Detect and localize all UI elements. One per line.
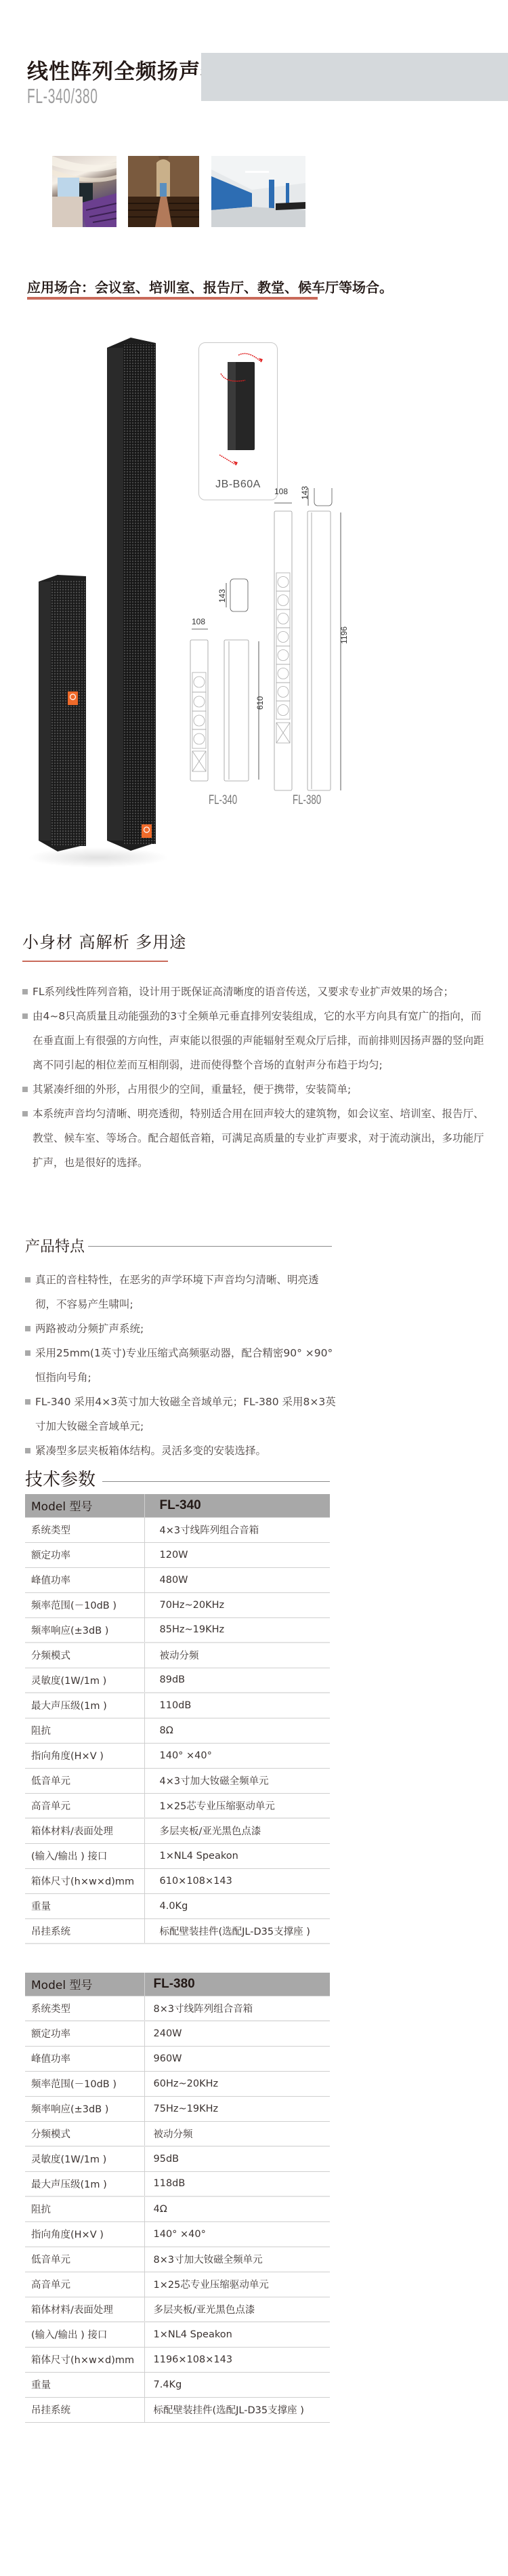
features-list: 真正的音柱特性，在恶劣的声学环境下声音均匀清晰、明亮透彻，不容易产生啸叫; 两路… [25,1268,337,1463]
header-decor-bar [201,53,508,101]
slogan-underline [22,961,168,962]
spec-label: (输入/输出 ) 接口 [25,2322,144,2347]
table-row: 最大声压级(1m )110dB [25,1693,330,1718]
table-row: 灵敏度(1W/1m )89dB [25,1668,330,1693]
bracket-card-jb-b60a: JB-B60A [198,342,278,500]
table-row: 指向角度(H×V )140° ×40° [25,2221,330,2247]
spec-value: 4×3寸线阵列组合音箱 [144,1517,330,1542]
slogan-heading: 小身材 高解析 多用途 [22,929,186,952]
spec-value: 被动分频 [144,2121,330,2146]
brand-logo-icon [68,691,78,705]
spec-label: 箱体尺寸(h×w×d)mm [25,2347,144,2372]
scene-image-waiting-hall [211,156,305,227]
model-label: Model 型号 [25,1973,144,1996]
spec-label: 高音单元 [25,2272,144,2297]
spec-label: 低音单元 [25,1768,144,1793]
table-row: 频率响应(±3dB )85Hz~19KHz [25,1617,330,1643]
spec-value: 多层夹板/亚光黑色点漆 [144,1818,330,1843]
spec-value: 89dB [144,1668,330,1693]
table-row: 箱体尺寸(h×w×d)mm610×108×143 [25,1868,330,1893]
spec-label: 吊挂系统 [25,2397,144,2422]
intro-list: FL系列线性阵列音箱，设计用于既保证高清晰度的语音传送，又要求专业扩声效果的场合… [22,980,490,1175]
table-row: (输入/输出 ) 接口1×NL4 Speakon [25,2322,330,2347]
spec-label: 最大声压级(1m ) [25,2171,144,2196]
table-row: 峰值功率960W [25,2046,330,2071]
table-row: 额定功率240W [25,2021,330,2046]
spec-value: 1×25芯专业压缩驱动单元 [144,1793,330,1818]
spec-label: (输入/输出 ) 接口 [25,1843,144,1868]
fl340-depth-dim: 143 [217,589,227,603]
table-row: 分频模式被动分频 [25,1643,330,1668]
spec-label: 指向角度(H×V ) [25,1743,144,1768]
table-row: 频率范围(－10dB )60Hz~20KHz [25,2071,330,2096]
table-row: (输入/输出 ) 接口1×NL4 Speakon [25,1843,330,1868]
spec-label: 阻抗 [25,2196,144,2221]
spec-label: 分频模式 [25,1643,144,1668]
table-row: 系统类型8×3寸线阵列组合音箱 [25,1996,330,2021]
list-item: 紧凑型多层夹板箱体结构。灵活多变的安装选择。 [25,1438,337,1463]
spec-label: 分频模式 [25,2121,144,2146]
spec-value: 110dB [144,1693,330,1718]
fl380-drawing-label: FL-380 [293,793,321,808]
table-row: 高音单元1×25芯专业压缩驱动单元 [25,2272,330,2297]
scene-image-conference-hall [52,156,117,227]
spec-label: 频率范围(－10dB ) [25,2071,144,2096]
spec-label: 箱体材料/表面处理 [25,1818,144,1843]
table-row: 箱体材料/表面处理多层夹板/亚光黑色点漆 [25,1818,330,1843]
table-row: 指向角度(H×V )140° ×40° [25,1743,330,1768]
table-header-row: Model 型号 FL-340 [25,1494,330,1517]
table-row: 吊挂系统标配壁装挂件(选配JL-D35支撑座 ) [25,1918,330,1944]
list-item: 由4~8只高质量且动能强劲的3寸全频单元垂直排列安装组成，它的水平方向具有宽广的… [22,1004,490,1077]
spec-value: 被动分频 [144,1643,330,1668]
spec-label: 频率响应(±3dB ) [25,2096,144,2121]
table-row: 系统类型4×3寸线阵列组合音箱 [25,1517,330,1542]
fl340-drawing-label: FL-340 [209,793,237,808]
list-item: 真正的音柱特性，在恶劣的声学环境下声音均匀清晰、明亮透彻，不容易产生啸叫; [25,1268,337,1316]
table-row: 额定功率120W [25,1542,330,1567]
table-row: 箱体尺寸(h×w×d)mm1196×108×143 [25,2347,330,2372]
table-row: 峰值功率480W [25,1567,330,1592]
spec-label: 频率响应(±3dB ) [25,1617,144,1643]
spec-value: 4Ω [144,2196,330,2221]
spec-value: 1×NL4 Speakon [144,1843,330,1868]
table-row: 重量7.4Kg [25,2372,330,2397]
spec-value: 1196×108×143 [144,2347,330,2372]
table-row: 低音单元8×3寸加大钕磁全频单元 [25,2247,330,2272]
usage-underline [27,297,318,300]
spec-label: 低音单元 [25,2247,144,2272]
spec-value: 75Hz~19KHz [144,2096,330,2121]
spec-label: 指向角度(H×V ) [25,2221,144,2247]
spec-value: 610×108×143 [144,1868,330,1893]
spec-value: 120W [144,1542,330,1567]
model-value: FL-380 [144,1973,330,1996]
spec-label: 灵敏度(1W/1m ) [25,1668,144,1693]
spec-value: 1×25芯专业压缩驱动单元 [144,2272,330,2297]
spec-label: 峰值功率 [25,1567,144,1592]
spec-value: 4.0Kg [144,1893,330,1918]
spec-label: 最大声压级(1m ) [25,1693,144,1718]
speaker-image-fl340 [37,575,86,851]
spec-value: 4×3寸加大钕磁全频单元 [144,1768,330,1793]
table-row: 阻抗8Ω [25,1718,330,1743]
table-row: 频率响应(±3dB )75Hz~19KHz [25,2096,330,2121]
fl340-height-dim: 610 [255,696,265,710]
list-item: 其紧凑纤细的外形，占用很少的空间，重量轻，便于携带，安装简单; [22,1077,490,1102]
model-range: FL-340/380 [27,84,98,108]
spec-value: 480W [144,1567,330,1592]
spec-label: 系统类型 [25,1996,144,2021]
spec-value: 8×3寸线阵列组合音箱 [144,1996,330,2021]
spec-value: 8Ω [144,1718,330,1743]
table-row: 最大声压级(1m )118dB [25,2171,330,2196]
spec-label: 系统类型 [25,1517,144,1542]
spec-label: 箱体材料/表面处理 [25,2297,144,2322]
table-row: 灵敏度(1W/1m )95dB [25,2146,330,2171]
spec-label: 重量 [25,2372,144,2397]
spec-value: 140° ×40° [144,2221,330,2247]
table-row: 频率范围(－10dB )70Hz~20KHz [25,1592,330,1617]
spec-label: 箱体尺寸(h×w×d)mm [25,1868,144,1893]
spec-value: 960W [144,2046,330,2071]
spec-table-fl340: Model 型号 FL-340 系统类型4×3寸线阵列组合音箱 额定功率120W… [25,1494,330,1944]
spec-label: 额定功率 [25,1542,144,1567]
dimension-drawings: 108 143 1196 108 143 610 FL-340 FL-380 [183,488,508,895]
fl340-width-dim: 108 [192,617,205,626]
spec-value: 多层夹板/亚光黑色点漆 [144,2297,330,2322]
fl380-width-dim: 108 [274,487,288,496]
spec-value: 95dB [144,2146,330,2171]
model-label: Model 型号 [25,1494,144,1517]
table-row: 分频模式被动分频 [25,2121,330,2146]
spec-value: 60Hz~20KHz [144,2071,330,2096]
table-row: 吊挂系统标配壁装挂件(选配JL-D35支撑座 ) [25,2397,330,2422]
model-value: FL-340 [144,1494,330,1517]
table-row: 箱体材料/表面处理多层夹板/亚光黑色点漆 [25,2297,330,2322]
spec-value: 8×3寸加大钕磁全频单元 [144,2247,330,2272]
spec-label: 重量 [25,1893,144,1918]
spec-table-fl380: Model 型号 FL-380 系统类型8×3寸线阵列组合音箱 额定功率240W… [25,1973,330,2423]
list-item: 本系统声音均匀清晰、明亮透彻，特别适合用在回声较大的建筑物，如会议室、培训室、报… [22,1102,490,1175]
page-title: 线性阵列全频扬声器 [27,54,222,85]
spec-label: 吊挂系统 [25,1918,144,1944]
spec-value: 70Hz~20KHz [144,1592,330,1617]
spec-label: 阻抗 [25,1718,144,1743]
specs-heading: 技术参数 [25,1466,96,1491]
spec-value: 85Hz~19KHz [144,1617,330,1643]
spec-value: 240W [144,2021,330,2046]
specs-rule [102,1481,330,1482]
wall-bracket-icon [199,343,278,479]
list-item: 采用25mm(1英寸)专业压缩式高频驱动器，配合精密90° ×90° 恒指向号角… [25,1341,337,1390]
table-header-row: Model 型号 FL-380 [25,1973,330,1996]
table-row: 低音单元4×3寸加大钕磁全频单元 [25,1768,330,1793]
spec-value: 7.4Kg [144,2372,330,2397]
features-rule [88,1246,332,1247]
spec-label: 频率范围(－10dB ) [25,1592,144,1617]
scene-image-church [128,156,199,227]
features-heading: 产品特点 [25,1235,85,1256]
fl380-height-dim: 1196 [339,626,349,644]
list-item: 两路被动分频扩声系统; [25,1316,337,1341]
spec-value: 标配壁装挂件(选配JL-D35支撑座 ) [144,2397,330,2422]
spec-label: 高音单元 [25,1793,144,1818]
fl380-depth-dim: 143 [300,486,310,500]
spec-value: 118dB [144,2171,330,2196]
speaker-image-fl380 [107,338,156,851]
list-item: FL系列线性阵列音箱，设计用于既保证高清晰度的语音传送，又要求专业扩声效果的场合… [22,980,490,1004]
spec-label: 峰值功率 [25,2046,144,2071]
spec-value: 标配壁装挂件(选配JL-D35支撑座 ) [144,1918,330,1944]
spec-value: 140° ×40° [144,1743,330,1768]
list-item: FL-340 采用4×3英寸加大钕磁全音域单元；FL-380 采用8×3英寸加大… [25,1390,337,1438]
spec-value: 1×NL4 Speakon [144,2322,330,2347]
spec-label: 额定功率 [25,2021,144,2046]
table-row: 重量4.0Kg [25,1893,330,1918]
spec-label: 灵敏度(1W/1m ) [25,2146,144,2171]
table-row: 高音单元1×25芯专业压缩驱动单元 [25,1793,330,1818]
usage-scenarios: 应用场合：会议室、培训室、报告厅、教堂、候车厅等场合。 [27,277,393,296]
table-row: 阻抗4Ω [25,2196,330,2221]
brand-logo-icon [142,824,152,838]
